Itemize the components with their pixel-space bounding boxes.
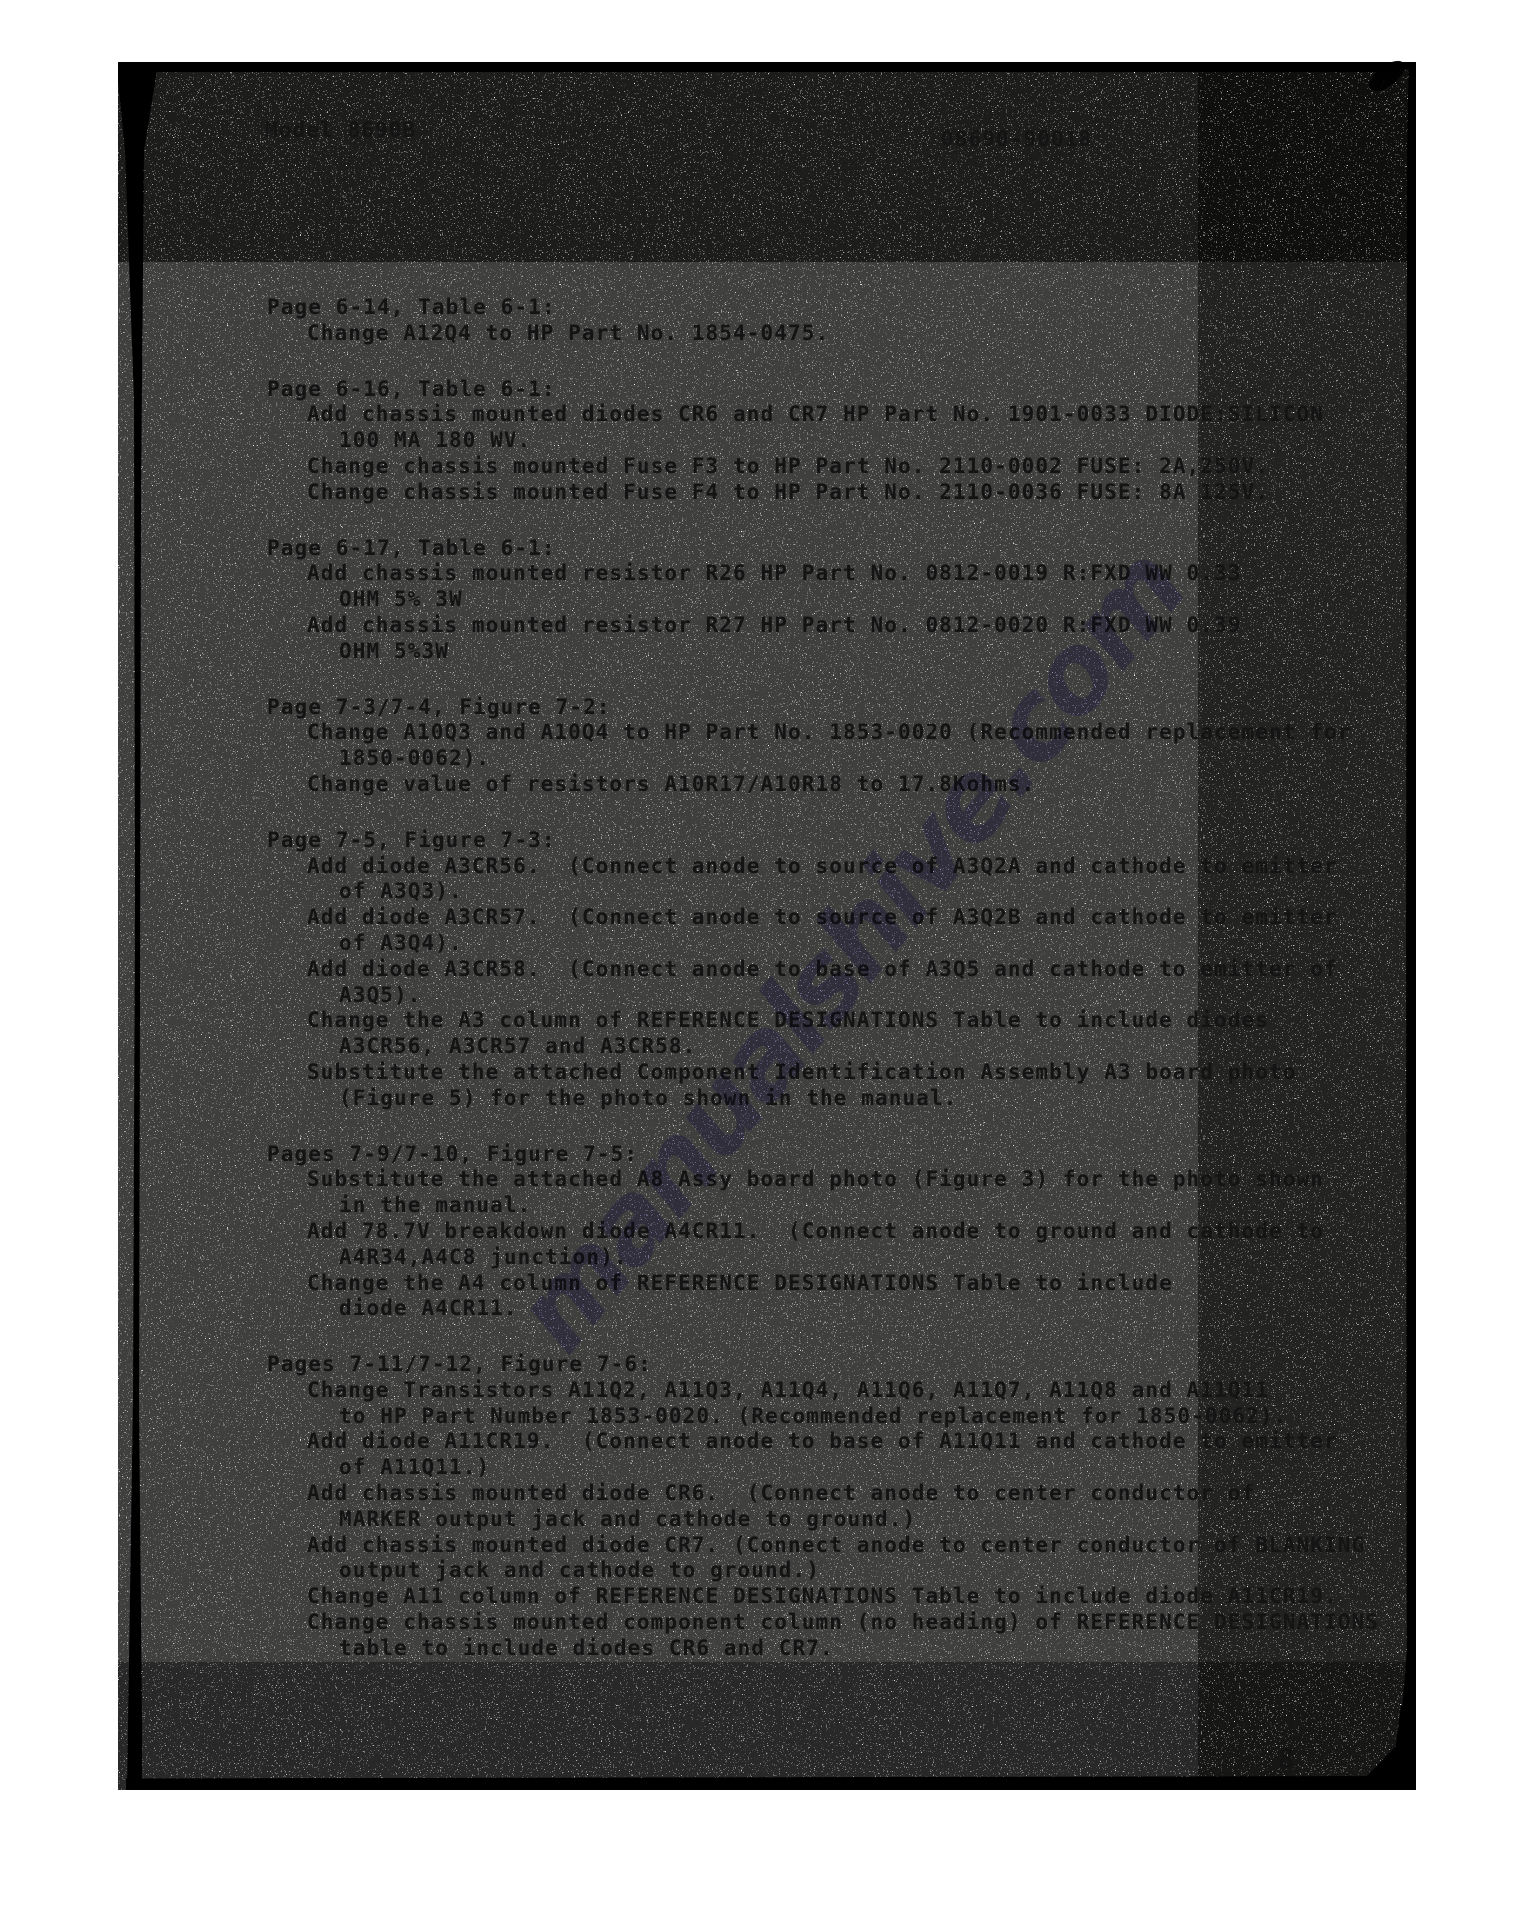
change-line: in the manual.	[0, 1193, 1520, 1219]
change-section: Page 6-17, Table 6-1:Add chassis mounted…	[0, 536, 1520, 665]
change-line: diode A4CR11.	[0, 1296, 1520, 1322]
model-number: Model 8690B	[265, 118, 416, 142]
change-line: Change chassis mounted Fuse F4 to HP Par…	[0, 480, 1520, 506]
change-line: Add 78.7V breakdown diode A4CR11. (Conne…	[0, 1219, 1520, 1245]
change-line: Change A12Q4 to HP Part No. 1854-0475.	[0, 321, 1520, 347]
change-section: Pages 7-9/7-10, Figure 7-5:Substitute th…	[0, 1142, 1520, 1323]
change-line: 1850-0062).	[0, 746, 1520, 772]
section-heading: Pages 7-9/7-10, Figure 7-5:	[0, 1142, 1520, 1168]
change-line: Substitute the attached Component Identi…	[0, 1060, 1520, 1086]
change-line: OHM 5%3W	[0, 639, 1520, 665]
change-line: of A3Q4).	[0, 931, 1520, 957]
change-section: Page 7-5, Figure 7-3:Add diode A3CR56. (…	[0, 828, 1520, 1112]
change-line: of A3Q3).	[0, 879, 1520, 905]
change-list: Page 6-14, Table 6-1:Change A12Q4 to HP …	[0, 295, 1520, 1692]
change-line: Change Transistors A11Q2, A11Q3, A11Q4, …	[0, 1378, 1520, 1404]
section-heading: Page 7-3/7-4, Figure 7-2:	[0, 695, 1520, 721]
change-line: Add diode A11CR19. (Connect anode to bas…	[0, 1429, 1520, 1455]
change-line: Add chassis mounted diode CR6. (Connect …	[0, 1481, 1520, 1507]
change-line: A4R34,A4C8 junction).	[0, 1245, 1520, 1271]
change-line: (Figure 5) for the photo shown in the ma…	[0, 1086, 1520, 1112]
change-line: to HP Part Number 1853-0020. (Recommende…	[0, 1404, 1520, 1430]
change-line: Change A10Q3 and A10Q4 to HP Part No. 18…	[0, 720, 1520, 746]
change-line: Add chassis mounted resistor R27 HP Part…	[0, 613, 1520, 639]
section-heading: Page 6-16, Table 6-1:	[0, 377, 1520, 403]
change-line: 100 MA 180 WV.	[0, 428, 1520, 454]
page-number: 8	[1278, 1744, 1294, 1775]
scan-edge-top	[118, 62, 1415, 72]
change-line: Add diode A3CR58. (Connect anode to base…	[0, 957, 1520, 983]
change-line: Add chassis mounted diodes CR6 and CR7 H…	[0, 402, 1520, 428]
change-line: of A11Q11.)	[0, 1455, 1520, 1481]
change-line: Add diode A3CR57. (Connect anode to sour…	[0, 905, 1520, 931]
change-section: Page 6-14, Table 6-1:Change A12Q4 to HP …	[0, 295, 1520, 347]
change-line: Change A11 column of REFERENCE DESIGNATI…	[0, 1584, 1520, 1610]
change-line: Change chassis mounted component column …	[0, 1610, 1520, 1636]
change-line: table to include diodes CR6 and CR7.	[0, 1636, 1520, 1662]
section-heading: Pages 7-11/7-12, Figure 7-6:	[0, 1352, 1520, 1378]
section-heading: Page 6-14, Table 6-1:	[0, 295, 1520, 321]
change-section: Page 7-3/7-4, Figure 7-2:Change A10Q3 an…	[0, 695, 1520, 798]
change-section: Page 6-16, Table 6-1:Add chassis mounted…	[0, 377, 1520, 506]
change-section: Pages 7-11/7-12, Figure 7-6:Change Trans…	[0, 1352, 1520, 1662]
change-line: Change the A3 column of REFERENCE DESIGN…	[0, 1008, 1520, 1034]
change-line: Add chassis mounted diode CR7. (Connect …	[0, 1533, 1520, 1559]
change-line: Add diode A3CR56. (Connect anode to sour…	[0, 854, 1520, 880]
change-line: Substitute the attached A8 Assy board ph…	[0, 1167, 1520, 1193]
section-heading: Page 6-17, Table 6-1:	[0, 536, 1520, 562]
change-line: A3Q5).	[0, 983, 1520, 1009]
change-line: Change value of resistors A10R17/A10R18 …	[0, 772, 1520, 798]
change-line: Change chassis mounted Fuse F3 to HP Par…	[0, 454, 1520, 480]
change-line: MARKER output jack and cathode to ground…	[0, 1507, 1520, 1533]
change-line: Add chassis mounted resistor R26 HP Part…	[0, 561, 1520, 587]
document-number: 08690-90018	[941, 127, 1092, 151]
change-line: A3CR56, A3CR57 and A3CR58.	[0, 1034, 1520, 1060]
change-line: output jack and cathode to ground.)	[0, 1558, 1520, 1584]
change-line: Change the A4 column of REFERENCE DESIGN…	[0, 1271, 1520, 1297]
change-line: OHM 5% 3W	[0, 587, 1520, 613]
section-heading: Page 7-5, Figure 7-3:	[0, 828, 1520, 854]
